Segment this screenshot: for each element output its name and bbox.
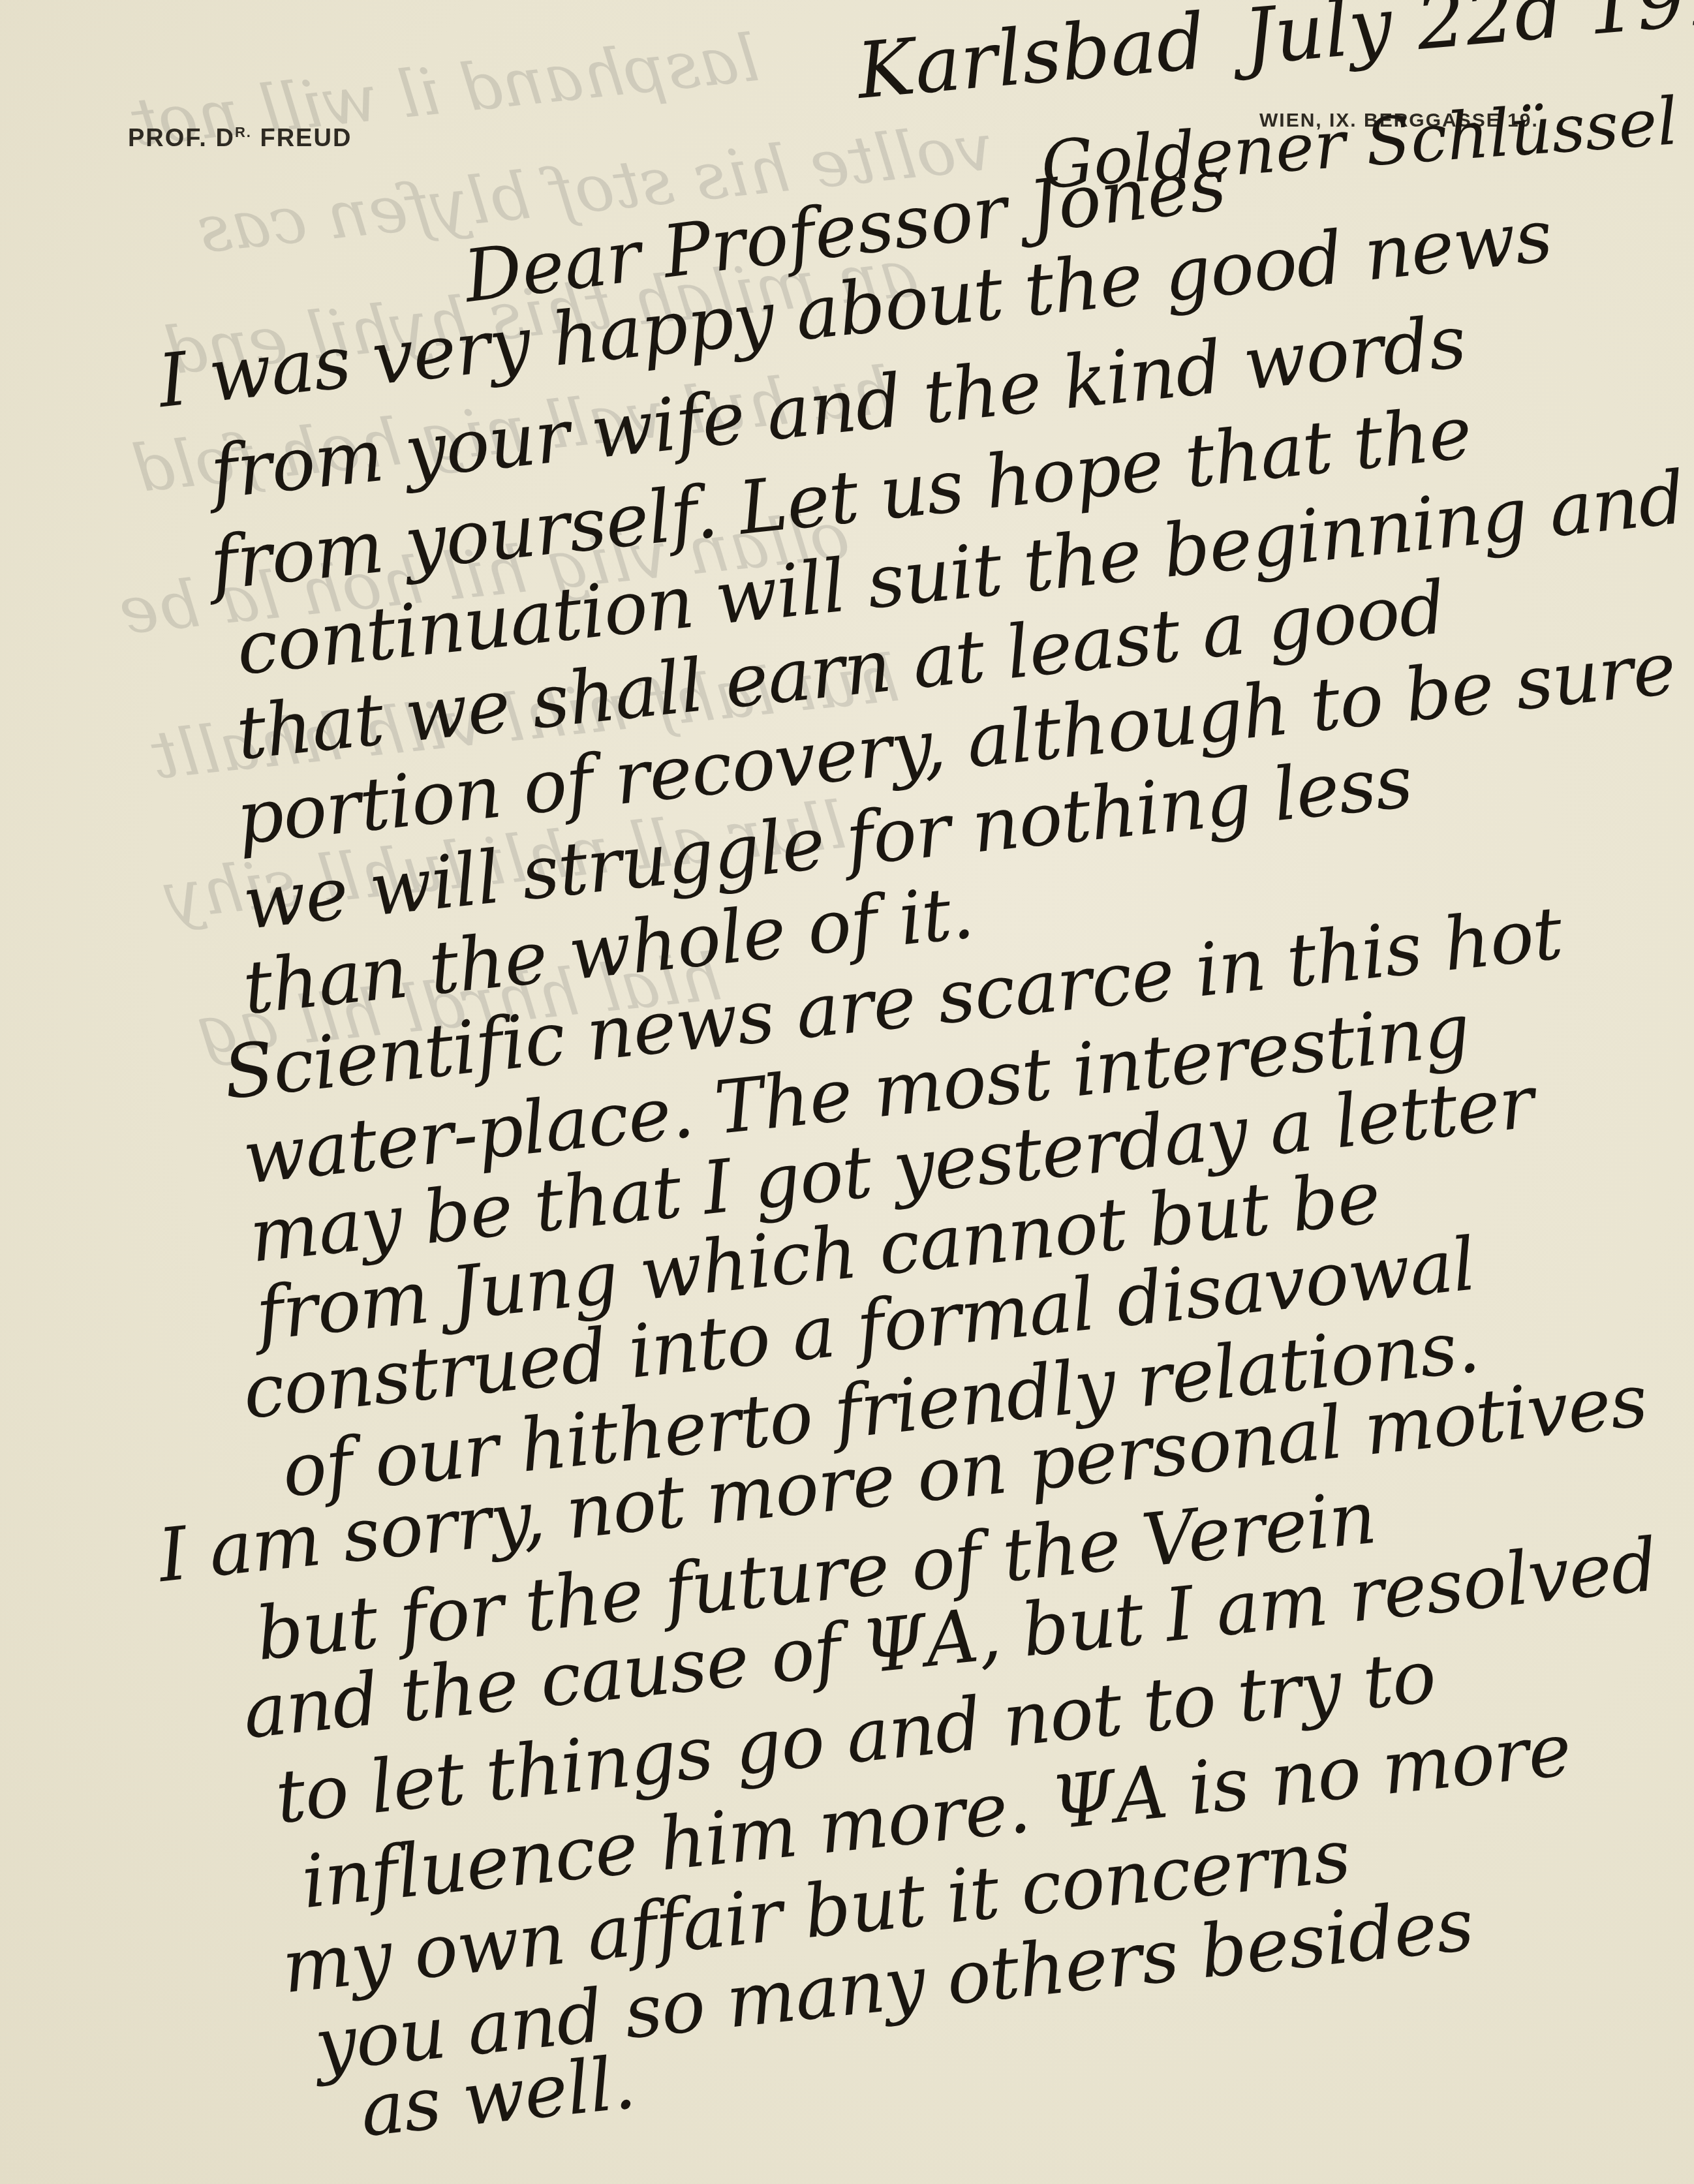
letterhead-name: PROF. DR. FREUD — [128, 124, 352, 153]
date: July 22d 1912 — [1240, 0, 1694, 82]
place: Karlsbad — [854, 0, 1209, 116]
letter-page: lasphand il will not vollte his stof bly… — [0, 0, 1694, 2184]
